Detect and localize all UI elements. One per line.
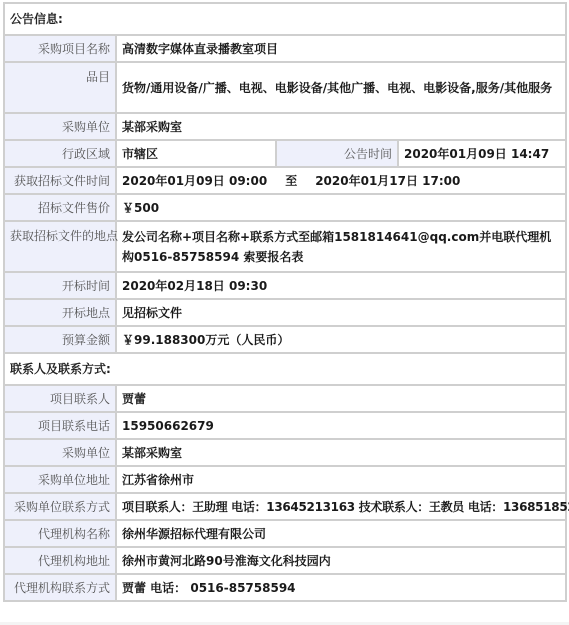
section-title-contacts: 联系人及联系方式: — [4, 353, 566, 385]
value-region: 市辖区 — [116, 140, 276, 167]
label-budget: 预算金额 — [4, 326, 116, 353]
label-doc-price: 招标文件售价 — [4, 194, 116, 221]
table-row-doc-place: 获取招标文件的地点 发公司名称+项目名称+联系方式至邮箱1581814641@q… — [4, 221, 566, 272]
table-row-doc-price: 招标文件售价 ￥500 — [4, 194, 566, 221]
label-open-time: 开标时间 — [4, 272, 116, 299]
table-row-contact-purchaser: 采购单位 某部采购室 — [4, 439, 566, 466]
value-agency-name: 徐州华源招标代理有限公司 — [116, 520, 566, 547]
table-row-purchaser-contact: 采购单位联系方式 项目联系人：王助理 电话：13645213163 技术联系人：… — [4, 493, 566, 520]
table-row-project-name: 采购项目名称 高清数字媒体直录播教室项目 — [4, 35, 566, 62]
label-agency-contact: 代理机构联系方式 — [4, 574, 116, 601]
label-agency-address: 代理机构地址 — [4, 547, 116, 574]
value-agency-address: 徐州市黄河北路90号淮海文化科技园内 — [116, 547, 566, 574]
table-row-project-contact: 项目联系人 贾蕾 — [4, 385, 566, 412]
label-doc-time: 获取招标文件时间 — [4, 167, 116, 194]
table-row-open-time: 开标时间 2020年02月18日 09:30 — [4, 272, 566, 299]
value-doc-price: ￥500 — [116, 194, 566, 221]
value-budget: ￥99.188300万元（人民币） — [116, 326, 566, 353]
announcement-table: 公告信息: 采购项目名称 高清数字媒体直录播教室项目 品目 货物/通用设备/广播… — [3, 2, 567, 602]
label-region: 行政区域 — [4, 140, 116, 167]
doc-time-start: 2020年01月09日 09:00 — [122, 174, 267, 188]
announcement-page: 公告信息: 采购项目名称 高清数字媒体直录播教室项目 品目 货物/通用设备/广播… — [3, 2, 565, 602]
table-row-project-phone: 项目联系电话 15950662679 — [4, 412, 566, 439]
value-purchaser: 某部采购室 — [116, 113, 566, 140]
table-row-region: 行政区域 市辖区 公告时间 2020年01月09日 14:47 — [4, 140, 566, 167]
section-title-announcement: 公告信息: — [4, 3, 566, 35]
table-row-category: 品目 货物/通用设备/广播、电视、电影设备/其他广播、电视、电影设备,服务/其他… — [4, 62, 566, 113]
label-announce-time: 公告时间 — [276, 140, 398, 167]
table-row-agency-address: 代理机构地址 徐州市黄河北路90号淮海文化科技园内 — [4, 547, 566, 574]
table-row-agency-name: 代理机构名称 徐州华源招标代理有限公司 — [4, 520, 566, 547]
label-project-contact: 项目联系人 — [4, 385, 116, 412]
section-announcement-row: 公告信息: — [4, 3, 566, 35]
label-purchaser: 采购单位 — [4, 113, 116, 140]
label-agency-name: 代理机构名称 — [4, 520, 116, 547]
doc-time-separator: 至 — [285, 174, 297, 188]
table-row-open-place: 开标地点 见招标文件 — [4, 299, 566, 326]
label-purchaser-contact: 采购单位联系方式 — [4, 493, 116, 520]
value-contact-purchaser: 某部采购室 — [116, 439, 566, 466]
table-row-budget: 预算金额 ￥99.188300万元（人民币） — [4, 326, 566, 353]
label-category: 品目 — [4, 62, 116, 113]
value-agency-contact: 贾蕾 电话： 0516-85758594 — [116, 574, 566, 601]
value-open-time: 2020年02月18日 09:30 — [116, 272, 566, 299]
label-doc-place: 获取招标文件的地点 — [4, 221, 116, 272]
table-row-purchaser-address: 采购单位地址 江苏省徐州市 — [4, 466, 566, 493]
value-project-name: 高清数字媒体直录播教室项目 — [116, 35, 566, 62]
section-contacts-row: 联系人及联系方式: — [4, 353, 566, 385]
value-purchaser-contact: 项目联系人：王助理 电话：13645213163 技术联系人：王教员 电话：13… — [116, 493, 566, 520]
label-project-phone: 项目联系电话 — [4, 412, 116, 439]
value-doc-place: 发公司名称+项目名称+联系方式至邮箱1581814641@qq.com并电联代理… — [116, 221, 566, 272]
table-row-doc-time: 获取招标文件时间 2020年01月09日 09:00至2020年01月17日 1… — [4, 167, 566, 194]
doc-time-end: 2020年01月17日 17:00 — [315, 174, 460, 188]
label-project-name: 采购项目名称 — [4, 35, 116, 62]
value-doc-time: 2020年01月09日 09:00至2020年01月17日 17:00 — [116, 167, 566, 194]
value-open-place: 见招标文件 — [116, 299, 566, 326]
label-contact-purchaser: 采购单位 — [4, 439, 116, 466]
label-open-place: 开标地点 — [4, 299, 116, 326]
value-category: 货物/通用设备/广播、电视、电影设备/其他广播、电视、电影设备,服务/其他服务 — [116, 62, 566, 113]
label-purchaser-address: 采购单位地址 — [4, 466, 116, 493]
value-purchaser-address: 江苏省徐州市 — [116, 466, 566, 493]
value-project-contact: 贾蕾 — [116, 385, 566, 412]
value-announce-time: 2020年01月09日 14:47 — [398, 140, 566, 167]
table-row-purchaser: 采购单位 某部采购室 — [4, 113, 566, 140]
value-project-phone: 15950662679 — [116, 412, 566, 439]
table-row-agency-contact: 代理机构联系方式 贾蕾 电话： 0516-85758594 — [4, 574, 566, 601]
